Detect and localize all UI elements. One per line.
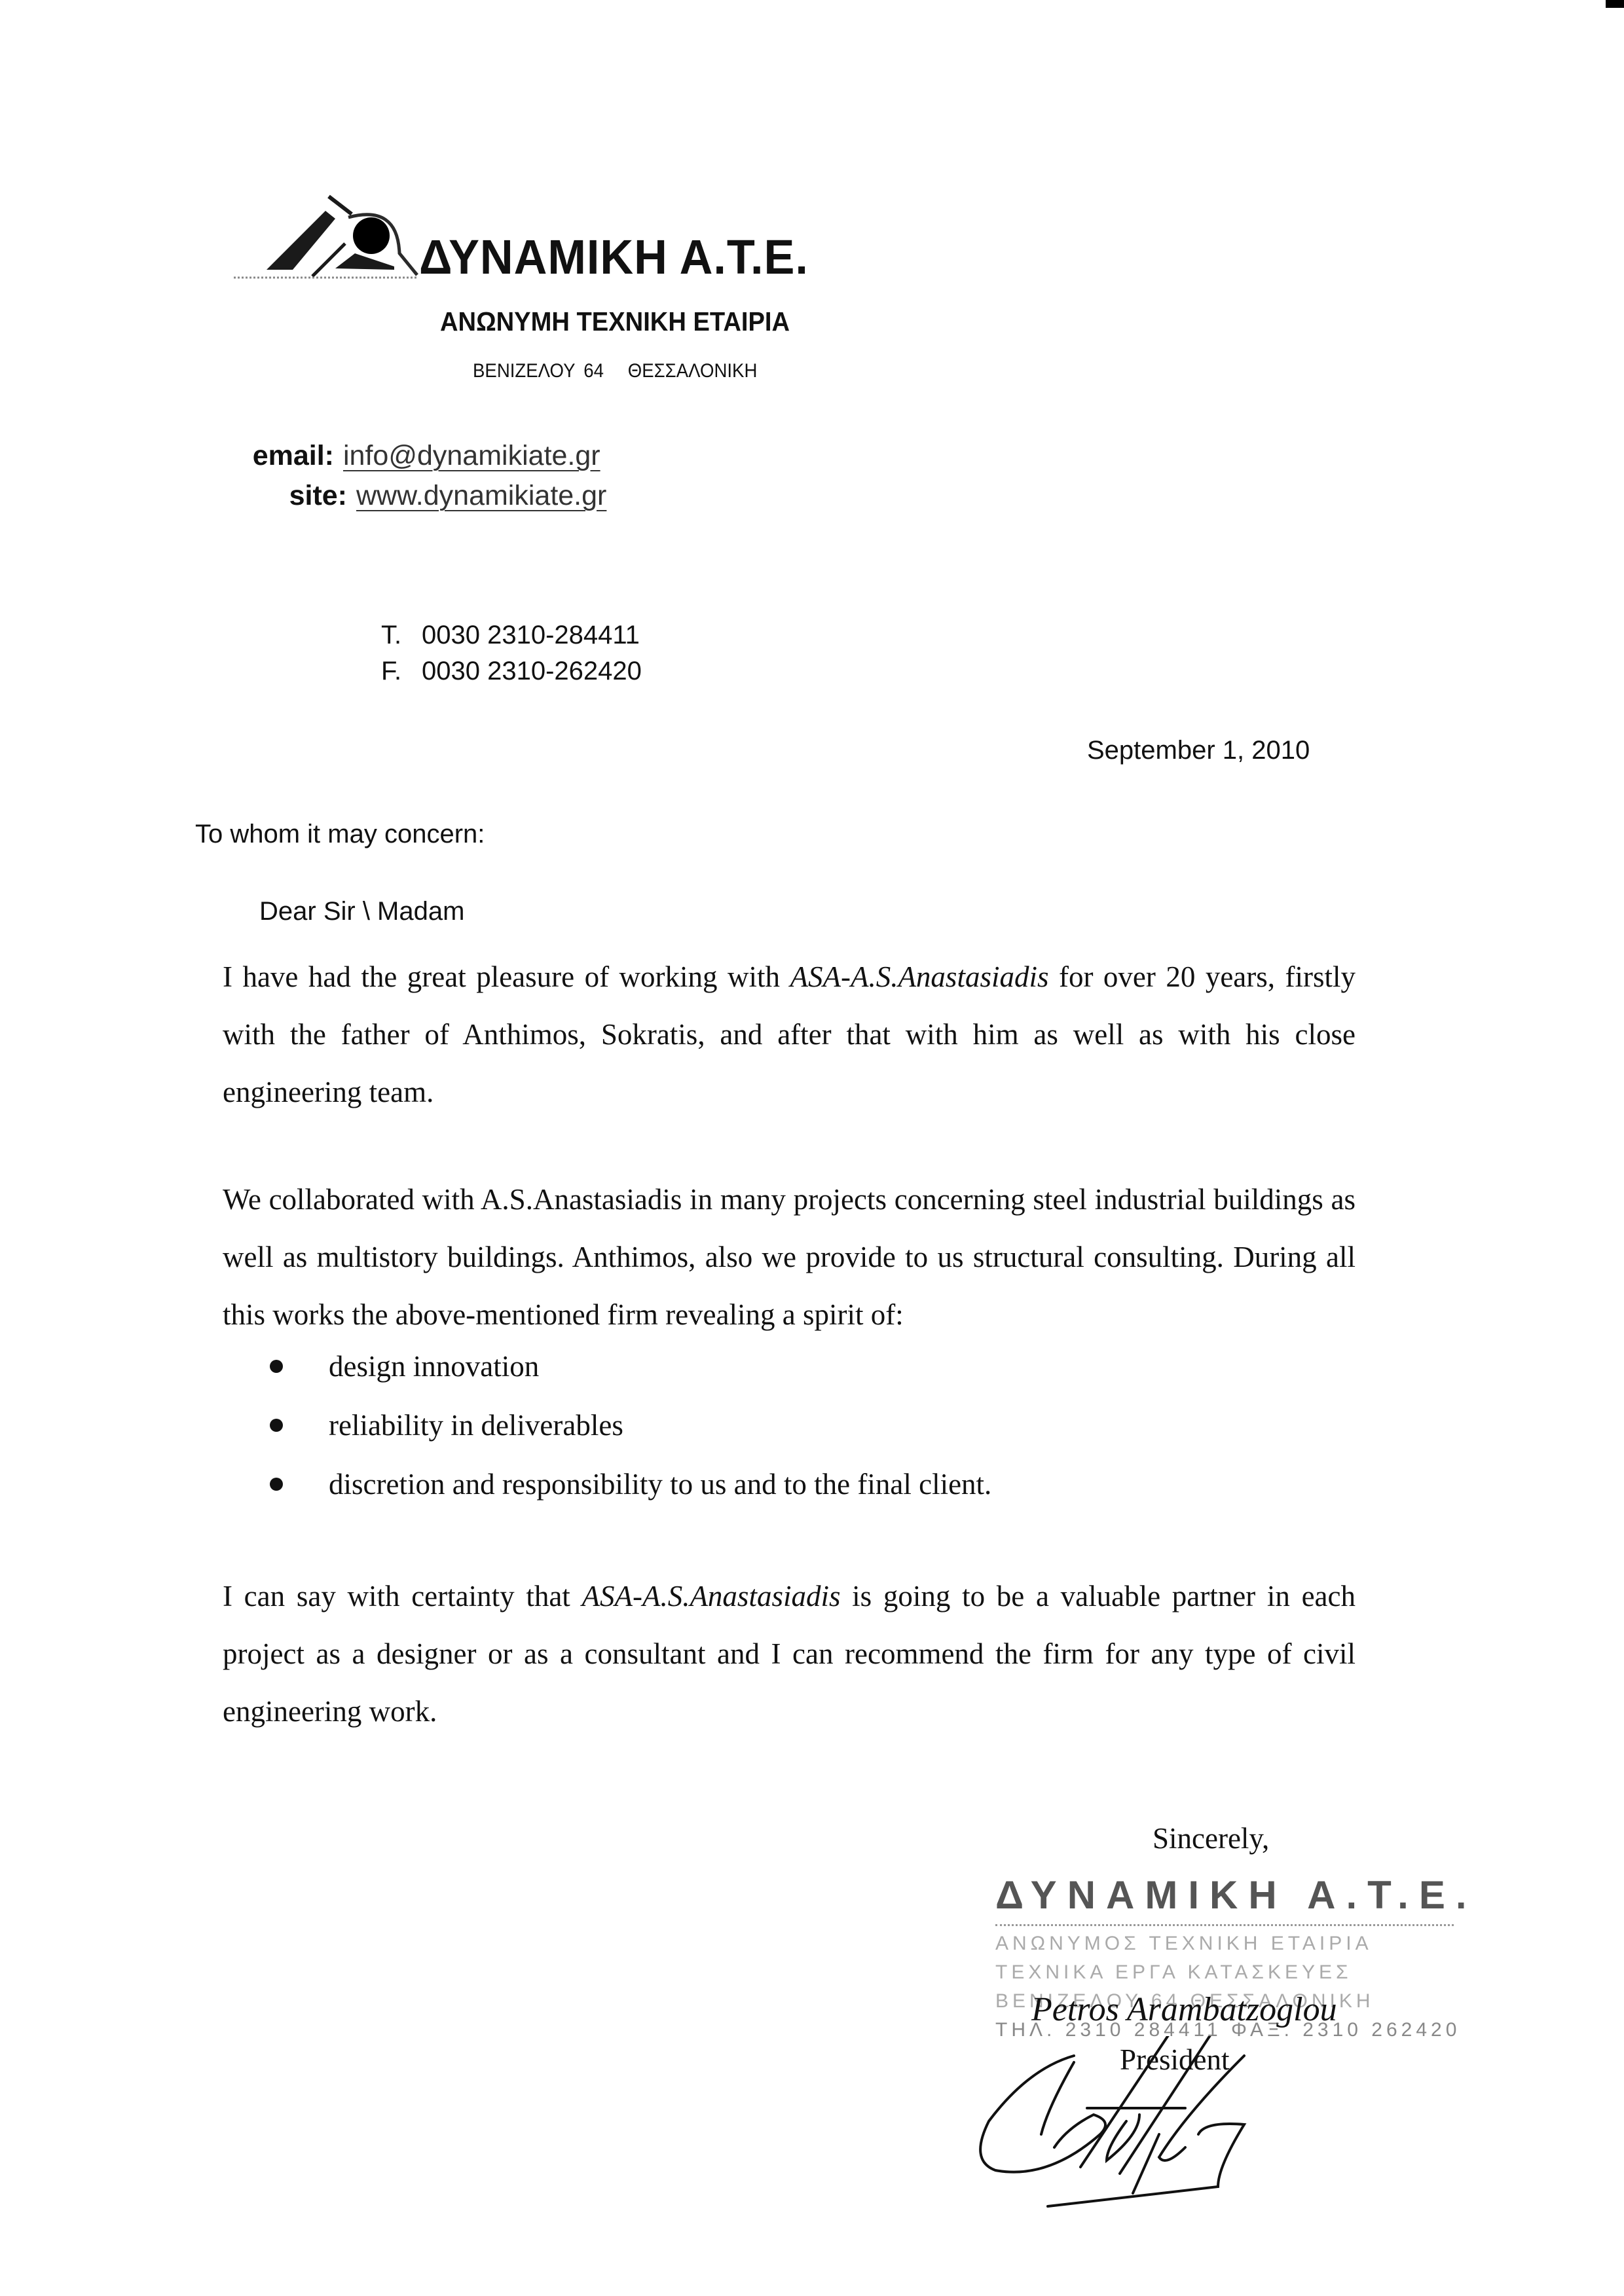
email-link[interactable]: info@dynamikiate.gr xyxy=(343,440,600,471)
handwritten-signature-icon xyxy=(969,2036,1401,2232)
address-city: ΘΕΣΣΑΛΟΝΙΚΗ xyxy=(628,360,758,382)
stamp-line: ΑΝΩΝΥΜΟΣ ΤΕΧΝΙΚΗ ΕΤΑΙΡΙΑ xyxy=(995,1933,1454,1955)
telephone-label: T. xyxy=(381,621,422,650)
list-item: discretion and responsibility to us and … xyxy=(223,1455,991,1514)
salutation: Dear Sir \ Madam xyxy=(259,897,464,926)
closing: Sincerely, xyxy=(1153,1821,1269,1855)
signatory-name: Petros Arambatzoglou xyxy=(1031,1990,1337,2029)
list-item: design innovation xyxy=(223,1337,991,1396)
recipient-line: To whom it may concern: xyxy=(195,820,485,849)
fax-row: F.0030 2310-262420 xyxy=(381,657,642,686)
email-row: email:info@dynamikiate.gr xyxy=(242,440,600,472)
bullet-icon xyxy=(270,1478,283,1491)
company-address: ΒΕΝΙΖΕΛΟΥ 64ΘΕΣΣΑΛΟΝΙΚΗ xyxy=(473,360,757,382)
paragraph-2: We collaborated with A.S.Anastasiadis in… xyxy=(223,1171,1356,1343)
telephone-number: 0030 2310-284411 xyxy=(422,621,640,649)
list-item-text: design innovation xyxy=(329,1337,539,1396)
list-item-text: reliability in deliverables xyxy=(329,1396,623,1455)
client-name-emphasis: ASA-A.S.Anastasiadis xyxy=(582,1580,841,1613)
site-label: site: xyxy=(255,480,347,512)
stamp-title: ΔΥΝΑΜΙΚΗ Α.Τ.Ε. xyxy=(995,1872,1454,1926)
list-item-text: discretion and responsibility to us and … xyxy=(329,1455,991,1514)
scan-corner-mark xyxy=(1606,0,1624,8)
company-subtitle: ΑΝΩΝΥΜΗ ΤΕΧΝΙΚΗ ΕΤΑΙΡΙΑ xyxy=(440,306,790,337)
fax-number: 0030 2310-262420 xyxy=(422,657,642,685)
paragraph-1-text-start: I have had the great pleasure of working… xyxy=(223,960,790,993)
site-row: site:www.dynamikiate.gr xyxy=(255,480,606,512)
company-name: ΔΥΝΑΜΙΚΗ Α.Τ.Ε. xyxy=(419,229,809,285)
telephone-row: T.0030 2310-284411 xyxy=(381,621,640,650)
letter-date: September 1, 2010 xyxy=(1087,736,1310,765)
qualities-list: design innovation reliability in deliver… xyxy=(223,1337,991,1514)
paragraph-1: I have had the great pleasure of working… xyxy=(223,948,1356,1121)
triangle-circle-logo-icon xyxy=(231,191,420,283)
paragraph-3-text-start: I can say with certainty that xyxy=(223,1580,582,1613)
list-item: reliability in deliverables xyxy=(223,1396,991,1455)
paragraph-3: I can say with certainty that ASA-A.S.An… xyxy=(223,1567,1356,1740)
email-label: email: xyxy=(242,440,334,472)
bullet-icon xyxy=(270,1419,283,1432)
site-link[interactable]: www.dynamikiate.gr xyxy=(356,480,606,511)
stamp-line: ΤΕΧΝΙΚΑ ΕΡΓΑ ΚΑΤΑΣΚΕΥΕΣ xyxy=(995,1961,1454,1984)
fax-label: F. xyxy=(381,657,422,686)
address-street: ΒΕΝΙΖΕΛΟΥ 64 xyxy=(473,360,604,382)
bullet-icon xyxy=(270,1360,283,1373)
client-name-emphasis: ASA-A.S.Anastasiadis xyxy=(790,960,1049,993)
